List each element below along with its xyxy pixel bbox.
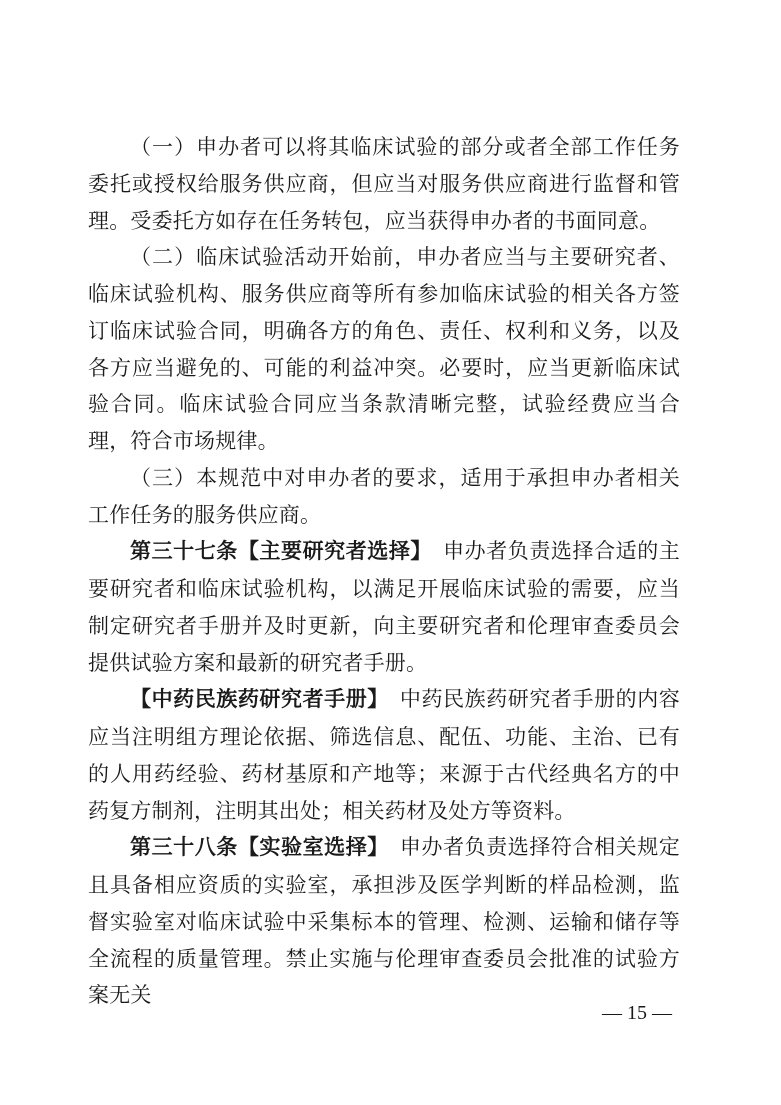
paragraph: （二）临床试验活动开始前，申办者应当与主要研究者、临床试验机构、服务供应商等所有… bbox=[88, 239, 680, 460]
paragraph: （三）本规范中对申办者的要求，适用于承担申办者相关工作任务的服务供应商。 bbox=[88, 460, 680, 534]
article-heading-run: 第三十七条【主要研究者选择】 bbox=[130, 540, 422, 563]
paragraph: 【中药民族药研究者手册】 中药民族药研究者手册的内容应当注明组方理论依据、筛选信… bbox=[88, 681, 680, 829]
body-text-run: （三）本规范中对申办者的要求，适用于承担申办者相关工作任务的服务供应商。 bbox=[88, 466, 680, 527]
document-page: （一）申办者可以将其临床试验的部分或者全部工作任务委托或授权给服务供应商，但应当… bbox=[0, 0, 781, 1105]
paragraph: 第三十八条【实验室选择】 申办者负责选择符合相关规定且具备相应资质的实验室，承担… bbox=[88, 829, 680, 1014]
body-text-run: 申办者负责选择符合相关规定且具备相应资质的实验室，承担涉及医学判断的样品检测，监… bbox=[88, 835, 680, 1007]
document-body: （一）申办者可以将其临床试验的部分或者全部工作任务委托或授权给服务供应商，但应当… bbox=[88, 129, 680, 1014]
body-text-run: （一）申办者可以将其临床试验的部分或者全部工作任务委托或授权给服务供应商，但应当… bbox=[88, 135, 680, 233]
article-heading-run: 【中药民族药研究者手册】 bbox=[130, 688, 378, 711]
body-text-run: （二）临床试验活动开始前，申办者应当与主要研究者、临床试验机构、服务供应商等所有… bbox=[88, 245, 680, 453]
page-number: — 15 — bbox=[577, 1002, 697, 1025]
paragraph: （一）申办者可以将其临床试验的部分或者全部工作任务委托或授权给服务供应商，但应当… bbox=[88, 129, 680, 239]
page-number-text: — 15 — bbox=[602, 1002, 672, 1024]
paragraph: 第三十七条【主要研究者选择】 申办者负责选择合适的主要研究者和临床试验机构，以满… bbox=[88, 533, 680, 681]
article-heading-run: 第三十八条【实验室选择】 bbox=[130, 836, 378, 859]
